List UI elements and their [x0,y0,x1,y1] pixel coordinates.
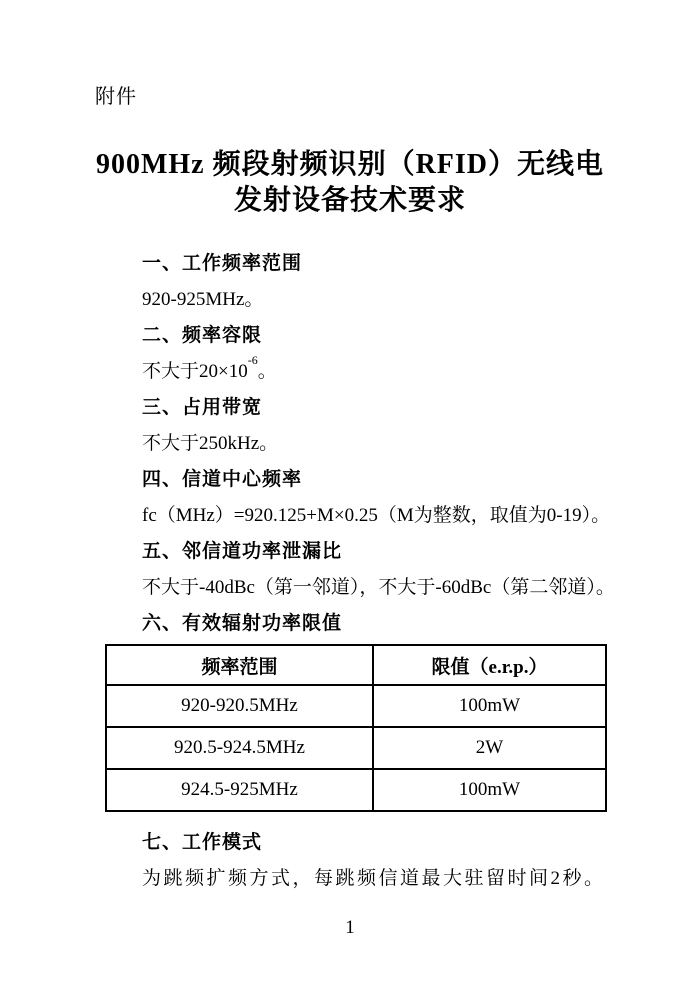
section-1-heading: 一、工作频率范围 [142,246,612,282]
table-header-row: 频率范围 限值（e.r.p.） [106,645,606,685]
section-5-heading: 五、邻信道功率泄漏比 [142,534,612,570]
table-cell-limit: 100mW [373,685,606,727]
title-line-1: 900MHz 频段射频识别（RFID）无线电 [0,147,700,183]
section-6-heading: 六、有效辐射功率限值 [142,606,612,642]
table-row: 920-920.5MHz 100mW [106,685,606,727]
table-row: 924.5-925MHz 100mW [106,769,606,811]
section-3-heading: 三、占用带宽 [142,390,612,426]
section-4-body: fc（MHz）=920.125+M×0.25（M为整数，取值为0-19）。 [142,498,612,534]
document-page: 附件 900MHz 频段射频识别（RFID）无线电 发射设备技术要求 一、工作频… [0,0,700,990]
section-4-heading: 四、信道中心频率 [142,462,612,498]
title-line-2: 发射设备技术要求 [0,183,700,219]
table-cell-frequency: 920-920.5MHz [106,685,373,727]
table-header-frequency-range: 频率范围 [106,645,373,685]
table-cell-frequency: 920.5-924.5MHz [106,727,373,769]
section-2-body: 不大于20×10-6。 [142,354,612,390]
section-5-body: 不大于-40dBc（第一邻道），不大于-60dBc（第二邻道）。 [142,570,612,606]
table-row: 920.5-924.5MHz 2W [106,727,606,769]
section-2-heading: 二、频率容限 [142,318,612,354]
table-cell-limit: 2W [373,727,606,769]
page-number: 1 [0,916,700,940]
attachment-label: 附件 [95,84,137,110]
table-cell-limit: 100mW [373,769,606,811]
section-7-body: 为跳频扩频方式，每跳频信道最大驻留时间2秒。 [142,861,612,897]
section-2-body-period: 。 [258,361,277,382]
table-header-erp-limit: 限值（e.r.p.） [373,645,606,685]
section-2-body-superscript: -6 [248,353,258,367]
table-cell-frequency: 924.5-925MHz [106,769,373,811]
document-title: 900MHz 频段射频识别（RFID）无线电 发射设备技术要求 [0,147,700,219]
section-2-body-text: 不大于20×10 [142,361,248,382]
document-body: 一、工作频率范围 920-925MHz。 二、频率容限 不大于20×10-6。 … [142,246,612,897]
section-7-heading: 七、工作模式 [142,825,612,861]
section-1-body: 920-925MHz。 [142,282,612,318]
erp-limits-table: 频率范围 限值（e.r.p.） 920-920.5MHz 100mW 920.5… [105,644,607,812]
section-3-body: 不大于250kHz。 [142,426,612,462]
